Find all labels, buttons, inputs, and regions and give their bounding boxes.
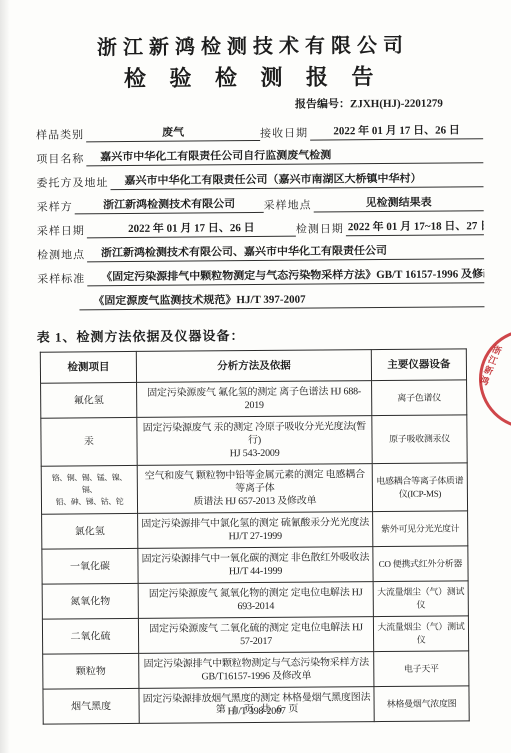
field-value: 嘉兴市中华化工有限责任公司自行监测废气检测 (86, 148, 483, 166)
methods-instruments-table: 检测项目 分析方法及依据 主要仪器设备 氟化氢 固定污染源废气 氟化氢的测定 离… (40, 348, 470, 724)
field-value: 《固定污染源排气中颗粒物测定与气态污染物采样方法》GB/T 16157-1996… (87, 268, 484, 286)
field-label: 样品类别 (36, 129, 86, 142)
instrument-cell: 电感耦合等离子体质谱 仪(ICP-MS) (372, 463, 467, 512)
field-value: 《固定源废气监测技术规范》HJ/T 397-2007 (79, 292, 484, 310)
report-number-line: 报告编号：ZJXH(HJ)-2201279 (0, 94, 509, 114)
field-label: 采样方 (37, 201, 75, 214)
field-label: 接收日期 (260, 128, 310, 141)
form-row-sample-type: 样品类别 废气 接收日期 2022 年 01 月 17 日、26 日 (36, 124, 483, 143)
form-row-sampling-standard-2: 《固定源废气监测技术规范》HJ/T 397-2007 (37, 292, 484, 311)
instrument-cell: 电子天平 (374, 651, 469, 687)
field-label: 检测地点 (37, 249, 87, 262)
field-value: 废气 (86, 126, 260, 142)
table-row: 汞 固定污染源废气 汞的测定 冷原子吸收分光光度法(暂行) HJ 543-200… (41, 415, 467, 466)
instrument-cell: 紫外可见分光光度计 (373, 511, 468, 547)
report-title: 检 验 检 测 报 告 (0, 59, 509, 94)
form-row-project-name: 项目名称 嘉兴市中华化工有限责任公司自行监测废气检测 (36, 148, 483, 167)
form-row-client-address: 委托方及地址 嘉兴市中华化工有限责任公司（嘉兴市南湖区大桥镇中华村） (36, 172, 483, 191)
test-item-cell: 氮氧化物 (42, 583, 138, 619)
table-row: 铬、铜、锡、锰、镍、镉、 铅、砷、锑、钴、铊 空气和废气 颗粒物中铅等金属元素的… (41, 463, 467, 514)
field-value: 嘉兴市中华化工有限责任公司（嘉兴市南湖区大桥镇中华村） (110, 172, 483, 190)
table-row: 氯化氢 固定污染源排气中氯化氢的测定 硫氰酸汞分光光度法 HJ/T 27-199… (42, 511, 468, 549)
report-number-value: ZJXH(HJ)-2201279 (350, 98, 443, 111)
form-row-sampling-party: 采样方 浙江新鸿检测技术有限公司 采样地点 见检测结果表 (37, 196, 484, 215)
test-item-cell: 二氧化硫 (42, 618, 138, 654)
report-page: 浙江新鸿检测技术有限公司 检 验 检 测 报 告 报告编号：ZJXH(HJ)-2… (0, 0, 511, 753)
field-value: 2022 年 01 月 17 日、26 日 (310, 124, 483, 140)
field-label: 项目名称 (36, 153, 86, 166)
form-row-test-location: 检测地点 浙江新鸿检测技术有限公司、嘉兴市中华化工有限责任公司 (37, 244, 484, 263)
company-title: 浙江新鸿检测技术有限公司 (0, 28, 508, 61)
test-item-cell: 颗粒物 (43, 653, 139, 689)
test-item-cell: 铬、铜、锡、锰、镍、镉、 铅、砷、锑、钴、铊 (41, 465, 137, 514)
field-label: 采样标准 (37, 273, 87, 286)
field-label: 采样日期 (37, 225, 87, 238)
method-cell: 空气和废气 颗粒物中铅等金属元素的测定 电感耦合等离子体 质谱法 HJ 657-… (137, 464, 372, 514)
instrument-cell: 离子色谱仪 (372, 380, 467, 416)
field-value: 2022 年 01 月 17 日、26 日 (87, 222, 296, 239)
method-cell: 固定污染源排气中一氧化碳的测定 非色散红外吸收法 HJ/T 44-1999 (138, 547, 373, 584)
field-value: 浙江新鸿检测技术有限公司、嘉兴市中华化工有限责任公司 (87, 244, 484, 262)
test-item-cell: 氟化氢 (41, 382, 137, 418)
table-row: 二氧化硫 固定污染源废气 二氧化硫的测定 定电位电解法 HJ 57-2017 大… (42, 616, 468, 654)
test-item-cell: 汞 (41, 417, 137, 466)
instrument-cell: 大流量烟尘（气）测试仪 (373, 581, 468, 617)
form-row-sampling-standard: 采样标准 《固定污染源排气中颗粒物测定与气态污染物采样方法》GB/T 16157… (37, 268, 484, 287)
report-number-label: 报告编号： (295, 98, 350, 110)
method-cell: 固定污染源废气 氟化氢的测定 离子色谱法 HJ 688-2019 (137, 381, 372, 418)
instrument-cell: CO 便携式红外分析器 (373, 546, 468, 582)
form-row-sampling-date: 采样日期 2022 年 01 月 17 日、26 日 检测日期 2022 年 0… (37, 220, 484, 239)
table-row: 颗粒物 固定污染源排气中颗粒物测定与气态污染物采样方法 GB/T16157-19… (43, 651, 469, 689)
field-label: 委托方及地址 (36, 177, 110, 191)
test-item-cell: 氯化氢 (42, 513, 138, 549)
col-header-test-item: 检测项目 (40, 351, 136, 383)
table-row: 一氧化碳 固定污染源排气中一氧化碳的测定 非色散红外吸收法 HJ/T 44-19… (42, 546, 468, 584)
test-item-cell: 一氧化碳 (42, 548, 138, 584)
method-cell: 固定污染源排气中颗粒物测定与气态污染物采样方法 GB/T16157-1996 及… (139, 652, 374, 689)
table-title: 表 1、检测方法依据及仪器设备： (37, 323, 511, 346)
instrument-cell: 原子吸收测汞仪 (372, 415, 467, 464)
field-label: 采样地点 (264, 200, 314, 213)
method-cell: 固定污染源废气 二氧化硫的测定 定电位电解法 HJ 57-2017 (138, 617, 373, 654)
table-row: 氟化氢 固定污染源废气 氟化氢的测定 离子色谱法 HJ 688-2019 离子色… (41, 380, 467, 418)
col-header-instrument: 主要仪器设备 (371, 349, 466, 381)
col-header-method: 分析方法及依据 (136, 350, 371, 383)
instrument-cell: 大流量烟尘（气）测试仪 (373, 616, 468, 652)
header-form: 样品类别 废气 接收日期 2022 年 01 月 17 日、26 日 项目名称 … (0, 124, 510, 311)
field-label: 检测日期 (296, 223, 346, 236)
field-value: 2022 年 01 月 17~18 日、27 日 (346, 220, 484, 236)
method-cell: 固定污染源废气 氮氧化物的测定 定电位电解法 HJ 693-2014 (138, 582, 373, 619)
field-value: 浙江新鸿检测技术有限公司 (75, 198, 264, 214)
table-header-row: 检测项目 分析方法及依据 主要仪器设备 (40, 349, 466, 383)
table-row: 氮氧化物 固定污染源废气 氮氧化物的测定 定电位电解法 HJ 693-2014 … (42, 581, 468, 619)
method-cell: 固定污染源废气 汞的测定 冷原子吸收分光光度法(暂行) HJ 543-2009 (137, 416, 372, 466)
method-cell: 固定污染源排气中氯化氢的测定 硫氰酸汞分光光度法 HJ/T 27-1999 (138, 512, 373, 549)
field-value: 见检测结果表 (314, 196, 484, 212)
